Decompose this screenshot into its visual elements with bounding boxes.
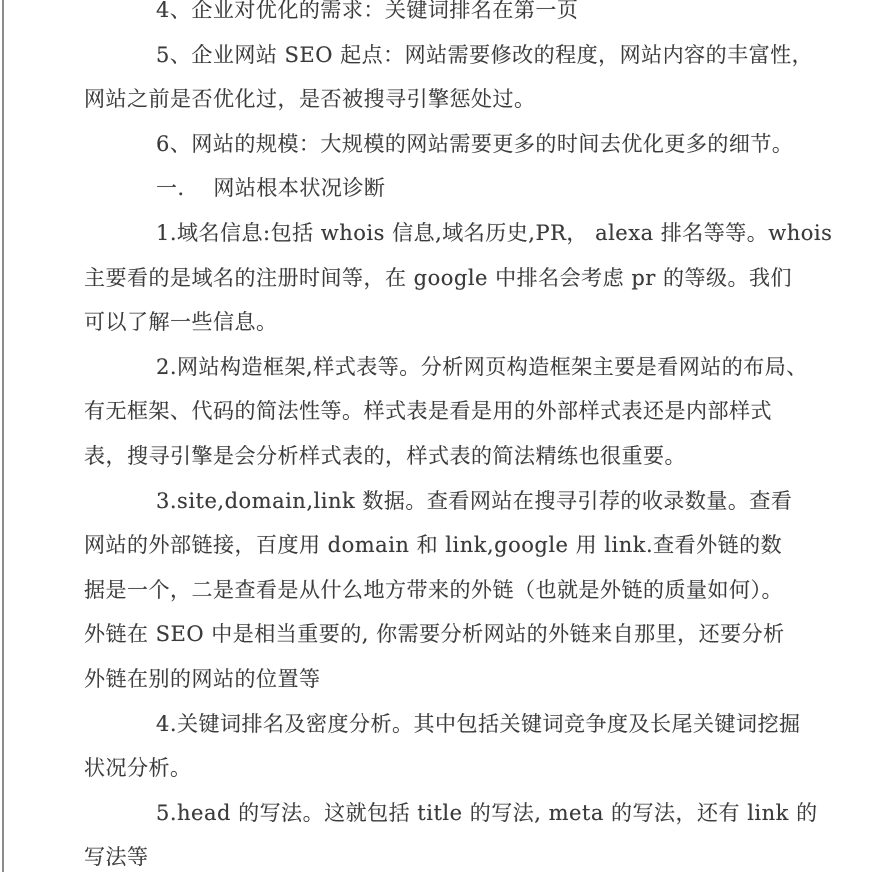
text-line: 网站之前是否优化过，是否被搜寻引擎惩处过。 — [84, 77, 768, 122]
text-line: 网站的外部链接，百度用 domain 和 link,google 用 link.… — [84, 523, 768, 568]
text-line: 5.head 的写法。这就包括 title 的写法, meta 的写法，还有 l… — [84, 791, 768, 836]
text-line: 写法等 — [84, 835, 768, 872]
text-line: 状况分析。 — [84, 746, 768, 791]
text-line: 4.关键词排名及密度分析。其中包括关键词竞争度及长尾关键词挖掘 — [84, 702, 768, 747]
text-line: 据是一个，二是查看是从什么地方带来的外链（也就是外链的质量如何）。 — [84, 568, 768, 613]
text-line: 外链在 SEO 中是相当重要的, 你需要分析网站的外链来自那里，还要分析 — [84, 612, 768, 657]
text-line: 6、网站的规模：大规模的网站需要更多的时间去优化更多的细节。 — [84, 122, 768, 167]
page-left-edge-line — [2, 0, 4, 872]
text-line: 表，搜寻引擎是会分析样式表的，样式表的简法精练也很重要。 — [84, 434, 768, 479]
text-line: 主要看的是域名的注册时间等，在 google 中排名会考虑 pr 的等级。我们 — [84, 256, 768, 301]
text-line: 1.域名信息:包括 whois 信息,域名历史,PR， alexa 排名等等。w… — [84, 211, 768, 256]
text-line: 2.网站构造框架,样式表等。分析网页构造框架主要是看网站的布局、 — [84, 345, 768, 390]
text-line: 有无框架、代码的简法性等。样式表是看是用的外部样式表还是内部样式 — [84, 389, 768, 434]
text-line: 4、企业对优化的需求：关键词排名在第一页 — [84, 0, 768, 33]
text-line: 3.site,domain,link 数据。查看网站在搜寻引荐的收录数量。查看 — [84, 479, 768, 524]
text-line: 可以了解一些信息。 — [84, 300, 768, 345]
text-line-section-heading: 一． 网站根本状况诊断 — [84, 166, 768, 211]
text-line: 外链在别的网站的位置等 — [84, 657, 768, 702]
document-page: 4、企业对优化的需求：关键词排名在第一页 5、企业网站 SEO 起点：网站需要修… — [0, 0, 872, 872]
text-line: 5、企业网站 SEO 起点：网站需要修改的程度，网站内容的丰富性， — [84, 33, 768, 78]
document-text-block: 4、企业对优化的需求：关键词排名在第一页 5、企业网站 SEO 起点：网站需要修… — [84, 0, 768, 872]
